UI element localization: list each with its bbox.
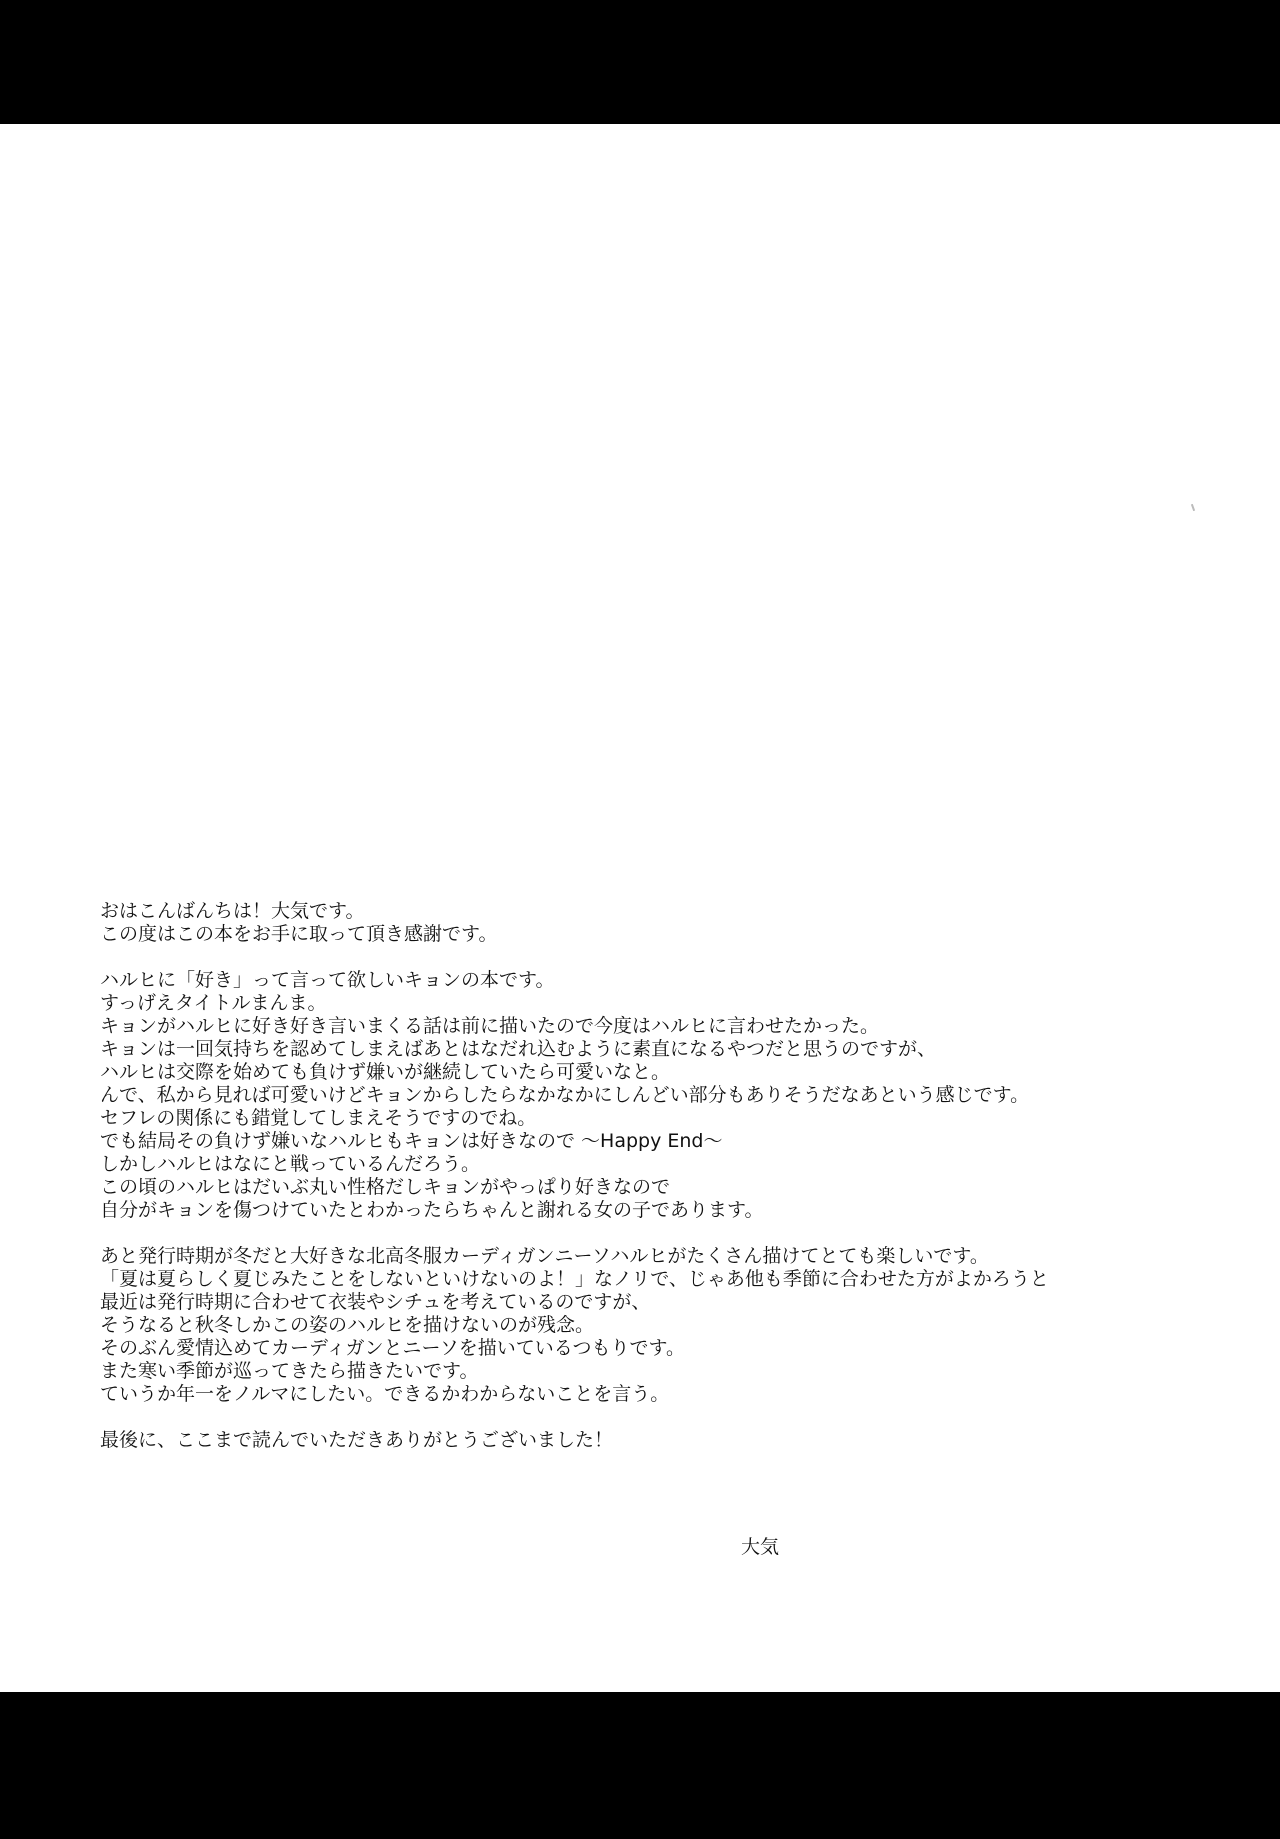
bottom-black-border [0, 1692, 1280, 1839]
text-line: この度はこの本をお手に取って頂き感謝です。 [100, 923, 1160, 946]
text-line: また寒い季節が巡ってきたら描きたいです。 [100, 1360, 1160, 1383]
afterword-text: おはこんばんちは！大気です。 この度はこの本をお手に取って頂き感謝です。 ハルヒ… [100, 900, 1160, 1475]
text-line: セフレの関係にも錯覚してしまえそうですのでね。 [100, 1107, 1160, 1130]
text-line: そうなると秋冬しかこの姿のハルヒを描けないのが残念。 [100, 1314, 1160, 1337]
text-line: この頃のハルヒはだいぶ丸い性格だしキョンがやっぱり好きなので [100, 1176, 1160, 1199]
closing-paragraph: 最後に、ここまで読んでいただきありがとうございました！ [100, 1429, 1160, 1452]
text-line: おはこんばんちは！大気です。 [100, 900, 1160, 923]
story-paragraph: ハルヒに「好き」って言って欲しいキョンの本です。 すっげえタイトルまんま。 キョ… [100, 969, 1160, 1222]
costume-paragraph: あと発行時期が冬だと大好きな北高冬服カーディガンニーソハルヒがたくさん描けてとて… [100, 1245, 1160, 1406]
text-line: 最後に、ここまで読んでいただきありがとうございました！ [100, 1429, 1160, 1452]
text-line: ていうか年一をノルマにしたい。できるかわからないことを言う。 [100, 1383, 1160, 1406]
greeting-paragraph: おはこんばんちは！大気です。 この度はこの本をお手に取って頂き感謝です。 [100, 900, 1160, 946]
text-line: 最近は発行時期に合わせて衣装やシチュを考えているのですが、 [100, 1291, 1160, 1314]
text-line: しかしハルヒはなにと戦っているんだろう。 [100, 1153, 1160, 1176]
text-line: でも結局その負けず嫌いなハルヒもキョンは好きなので ～Happy End～ [100, 1130, 1160, 1153]
text-line: ハルヒは交際を始めても負けず嫌いが継続していたら可愛いなと。 [100, 1061, 1160, 1084]
top-black-border [0, 0, 1280, 124]
scan-speck [1191, 504, 1195, 511]
text-line: ハルヒに「好き」って言って欲しいキョンの本です。 [100, 969, 1160, 992]
text-line: すっげえタイトルまんま。 [100, 992, 1160, 1015]
text-line: キョンがハルヒに好き好き言いまくる話は前に描いたので今度はハルヒに言わせたかった… [100, 1015, 1160, 1038]
text-line: 「夏は夏らしく夏じみたことをしないといけないのよ！」なノリで、じゃあ他も季節に合… [100, 1268, 1160, 1291]
text-line: キョンは一回気持ちを認めてしまえばあとはなだれ込むように素直になるやつだと思うの… [100, 1038, 1160, 1061]
text-line: んで、私から見れば可愛いけどキョンからしたらなかなかにしんどい部分もありそうだな… [100, 1084, 1160, 1107]
text-line: あと発行時期が冬だと大好きな北高冬服カーディガンニーソハルヒがたくさん描けてとて… [100, 1245, 1160, 1268]
text-line: そのぶん愛情込めてカーディガンとニーソを描いているつもりです。 [100, 1337, 1160, 1360]
text-line: 自分がキョンを傷つけていたとわかったらちゃんと謝れる女の子であります。 [100, 1199, 1160, 1222]
author-signature: 大気 [741, 1536, 779, 1559]
